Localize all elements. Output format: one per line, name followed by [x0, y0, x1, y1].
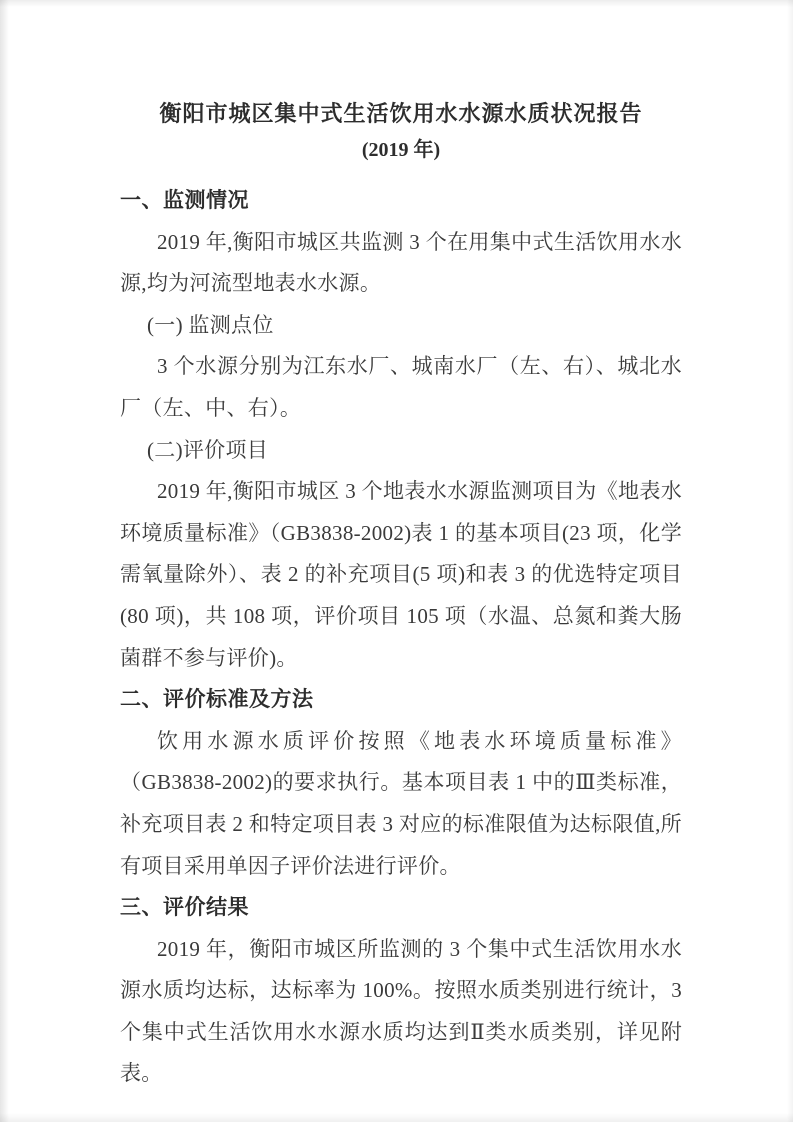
report-title: 衡阳市城区集中式生活饮用水水源水质状况报告: [120, 96, 682, 132]
section-heading-results: 三、评价结果: [120, 887, 682, 929]
body-paragraph: 2019 年,衡阳市城区共监测 3 个在用集中式生活饮用水水源,均为河流型地表水…: [120, 222, 682, 305]
body-paragraph: 2019 年，衡阳市城区所监测的 3 个集中式生活饮用水水源水质均达标，达标率为…: [120, 929, 682, 1095]
body-paragraph: 3 个水源分别为江东水厂、城南水厂（左、右）、城北水厂（左、中、右）。: [120, 346, 682, 429]
subsection-heading-evaluation-items: (二)评价项目: [120, 430, 682, 472]
report-year-subtitle: (2019 年): [120, 132, 682, 168]
document-content: 衡阳市城区集中式生活饮用水水源水质状况报告 (2019 年) 一、监测情况 20…: [120, 96, 682, 1095]
subsection-heading-monitoring-points: (一) 监测点位: [120, 305, 682, 347]
section-heading-monitoring: 一、监测情况: [120, 180, 682, 222]
body-paragraph: 饮用水源水质评价按照《地表水环境质量标准》（GB3838-2002)的要求执行。…: [120, 721, 682, 887]
body-paragraph: 2019 年,衡阳市城区 3 个地表水水源监测项目为《地表水环境质量标准》（GB…: [120, 471, 682, 679]
section-heading-standards-methods: 二、评价标准及方法: [120, 679, 682, 721]
document-page: 衡阳市城区集中式生活饮用水水源水质状况报告 (2019 年) 一、监测情况 20…: [0, 0, 793, 1122]
